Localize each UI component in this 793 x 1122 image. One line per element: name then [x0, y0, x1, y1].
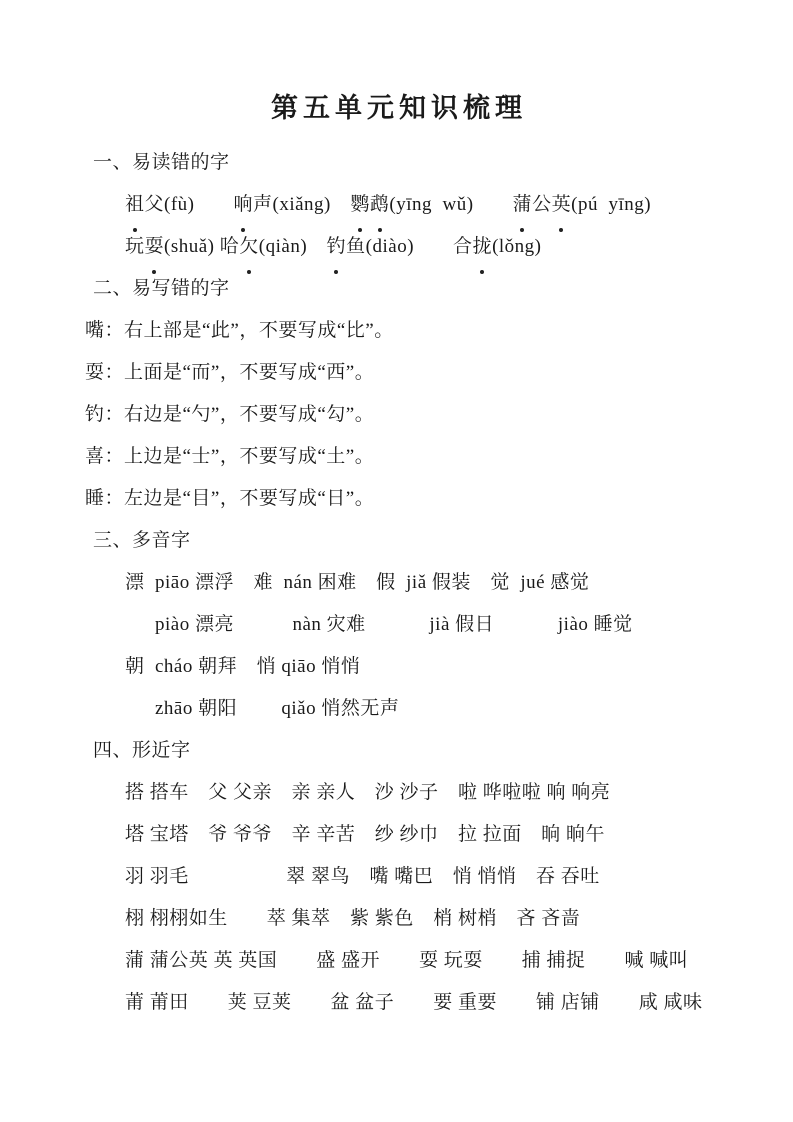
document-page: 第五单元知识梳理 一、易读错的字 祖父(fù) 响声(xiǎng) 鹦鹉(yīn… [0, 0, 793, 1122]
section-3-line-3: 朝 cháo 朝拜 悄 qiāo 悄悄 [85, 646, 713, 688]
text-segment: 玩 [125, 236, 145, 257]
emphasized-character: 耍 [145, 226, 165, 268]
emphasized-character: 英 [552, 184, 572, 226]
section-4-heading: 四、形近字 [85, 730, 713, 772]
emphasized-character: 欠 [239, 226, 259, 268]
text-segment: (shuǎ) 哈 [164, 236, 239, 257]
section-2-item-shua: 耍：上面是“而”，不要写成“西”。 [85, 352, 713, 394]
section-3-line-4: zhāo 朝阳 qiǎo 悄然无声 [85, 688, 713, 730]
emphasized-character: 鹉 [370, 184, 390, 226]
section-1-word-line-2: 玩耍(shuǎ) 哈欠(qiàn) 钓鱼(diào) 合拢(lǒng) [85, 226, 713, 268]
text-segment: 鱼(diào) 合 [346, 236, 472, 257]
section-4-row-1: 搭 搭车 父 父亲 亲 亲人 沙 沙子 啦 哗啦啦 响 响亮 [85, 772, 713, 814]
emphasized-character: 拢 [473, 226, 493, 268]
section-2-item-xi: 喜：上边是“士”，不要写成“土”。 [85, 436, 713, 478]
text-segment: 声(xiǎng) [253, 194, 350, 215]
document-body: 一、易读错的字 祖父(fù) 响声(xiǎng) 鹦鹉(yīng wǔ) 蒲公英… [85, 142, 713, 1024]
text-segment: (pú yīng) [571, 194, 651, 215]
text-segment: (lǒng) [492, 236, 541, 257]
text-segment: (yīng wǔ) [389, 194, 512, 215]
emphasized-character: 祖 [125, 184, 145, 226]
page-title: 第五单元知识梳理 [85, 88, 713, 128]
text-segment: 父(fù) [145, 194, 234, 215]
emphasized-character: 响 [234, 184, 254, 226]
emphasized-character: 蒲 [513, 184, 533, 226]
section-2-item-diao: 钓：右边是“勺”，不要写成“勾”。 [85, 394, 713, 436]
section-4-row-2: 塔 宝塔 爷 爷爷 辛 辛苦 纱 纱巾 拉 拉面 晌 晌午 [85, 814, 713, 856]
section-3-line-1: 漂 piāo 漂浮 难 nán 困难 假 jiǎ 假装 觉 jué 感觉 [85, 562, 713, 604]
section-4-row-3: 羽 羽毛 翠 翠鸟 嘴 嘴巴 悄 悄悄 吞 吞吐 [85, 856, 713, 898]
section-1-heading: 一、易读错的字 [85, 142, 713, 184]
section-3-line-2: piào 漂亮 nàn 灾难 jià 假日 jiào 睡觉 [85, 604, 713, 646]
section-3-heading: 三、多音字 [85, 520, 713, 562]
text-segment: 公 [532, 194, 552, 215]
section-2-item-shui: 睡：左边是“目”，不要写成“日”。 [85, 478, 713, 520]
emphasized-character: 鹦 [350, 184, 370, 226]
section-1-word-line-1: 祖父(fù) 响声(xiǎng) 鹦鹉(yīng wǔ) 蒲公英(pú yīng… [85, 184, 713, 226]
section-2-heading: 二、易写错的字 [85, 268, 713, 310]
section-4-row-6: 莆 莆田 荚 豆荚 盆 盆子 要 重要 铺 店铺 咸 咸味 [85, 982, 713, 1024]
section-2-item-zui: 嘴：右上部是“此”，不要写成“比”。 [85, 310, 713, 352]
text-segment: (qiàn) [259, 236, 327, 257]
emphasized-character: 钓 [327, 226, 347, 268]
section-4-row-5: 蒲 蒲公英 英 英国 盛 盛开 耍 玩耍 捕 捕捉 喊 喊叫 [85, 940, 713, 982]
section-4-row-4: 栩 栩栩如生 萃 集萃 紫 紫色 梢 树梢 吝 吝啬 [85, 898, 713, 940]
